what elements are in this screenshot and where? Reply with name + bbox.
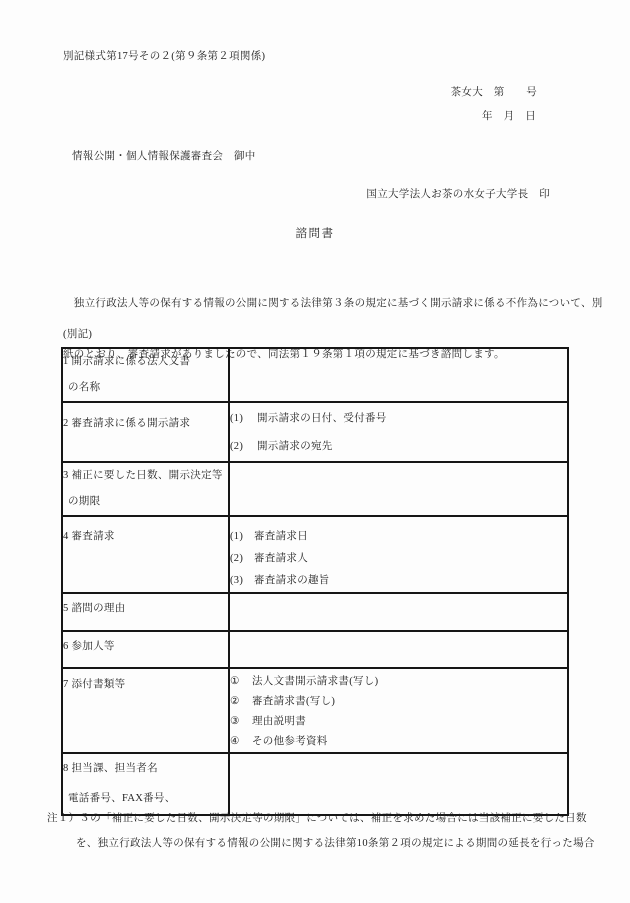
item-number: ② [230,692,252,712]
row2-label-cell: 2 審査請求に係る開示請求 [62,402,229,462]
item-number: ③ [230,712,252,732]
row5-label-line1: 5 諮問の理由 [63,596,228,622]
footnote-line-1: 注１）３の「補正に要した日数、開示決定等の期限」については、補正を求めた場合には… [47,812,587,826]
sender-line: 国立大学法人お茶の水女子大学長 印 [366,188,550,202]
item-text: 理由説明書 [252,712,306,732]
item-number: (3) [230,570,254,592]
row3-value-cell [229,462,568,516]
form-id: 別記様式第17号その２(第９条第２項関係) [63,50,265,64]
item-text: その他参考資料 [252,732,328,752]
table-row-8: 8 担当課、担当者名 電話番号、FAX番号、 [62,753,568,815]
item-number: (1) [230,405,257,433]
item-text: 審査請求の趣旨 [254,570,330,592]
item-text: 法人文書開示請求書(写し) [252,672,378,692]
row4-item-1: (1)審査請求日 [230,526,567,548]
item-number: ④ [230,732,252,752]
appendix-table: 1 開示請求に係る法人文書 の名称 2 審査請求に係る開示請求 (1)開示請求の… [61,347,569,816]
row4-label-cell: 4 審査請求 [62,516,229,593]
row7-label-cell: 7 添付書類等 [62,668,229,753]
row1-label-line2: の名称 [63,375,228,401]
row2-item-2: (2)開示請求の宛先 [230,433,567,461]
table-row-2: 2 審査請求に係る開示請求 (1)開示請求の日付、受付番号 (2)開示請求の宛先 [62,402,568,462]
row7-item-1: ①法人文書開示請求書(写し) [230,672,567,692]
item-number: (2) [230,548,254,570]
row1-value-cell [229,348,568,402]
body-line-1: 独立行政法人等の保有する情報の公開に関する法律第３条の規定に基づく開示請求に係る… [63,292,603,315]
row4-item-2: (2)審査請求人 [230,548,567,570]
item-text: 審査請求書(写し) [252,692,335,712]
item-number: (1) [230,526,254,548]
row8-label-line2: 電話番号、FAX番号、 [63,784,228,814]
row2-label-line1: 2 審査請求に係る開示請求 [63,411,228,437]
item-text: 審査請求人 [254,548,308,570]
document-title: 諮問書 [0,225,630,241]
row5-label-cell: 5 諮問の理由 [62,593,229,631]
row3-label-line1: 3 補正に要した日数、開示決定等 [63,463,228,489]
row8-label-cell: 8 担当課、担当者名 電話番号、FAX番号、 [62,753,229,815]
row8-label-line1: 8 担当課、担当者名 [63,754,228,784]
row7-item-2: ②審査請求書(写し) [230,692,567,712]
item-number: (2) [230,433,257,461]
row2-value-cell: (1)開示請求の日付、受付番号 (2)開示請求の宛先 [229,402,568,462]
footnote-line-2: を、独立行政法人等の保有する情報の公開に関する法律第10条第２項の規定による期間… [76,837,595,851]
table-row-4: 4 審査請求 (1)審査請求日 (2)審査請求人 (3)審査請求の趣旨 [62,516,568,593]
row6-label-line1: 6 参加人等 [63,634,228,660]
document-page: 別記様式第17号その２(第９条第２項関係) 茶女大 第 号 年 月 日 情報公開… [0,0,630,903]
row4-value-cell: (1)審査請求日 (2)審査請求人 (3)審査請求の趣旨 [229,516,568,593]
item-text: 開示請求の宛先 [257,433,333,461]
document-number: 茶女大 第 号 [451,86,537,100]
table-row-5: 5 諮問の理由 [62,593,568,631]
row4-item-3: (3)審査請求の趣旨 [230,570,567,592]
row6-label-cell: 6 参加人等 [62,631,229,668]
row3-label-line2: の期限 [63,489,228,515]
row7-item-3: ③理由説明書 [230,712,567,732]
row1-label-cell: 1 開示請求に係る法人文書 の名称 [62,348,229,402]
table-row-6: 6 参加人等 [62,631,568,668]
appendix-label: (別記) [63,328,92,342]
item-text: 開示請求の日付、受付番号 [257,405,387,433]
table-row-7: 7 添付書類等 ①法人文書開示請求書(写し) ②審査請求書(写し) ③理由説明書… [62,668,568,753]
row3-label-cell: 3 補正に要した日数、開示決定等 の期限 [62,462,229,516]
row4-label-line1: 4 審査請求 [63,524,228,550]
row5-value-cell [229,593,568,631]
row1-label-line1: 1 開示請求に係る法人文書 [63,349,228,375]
row8-value-cell [229,753,568,815]
row7-value-cell: ①法人文書開示請求書(写し) ②審査請求書(写し) ③理由説明書 ④その他参考資… [229,668,568,753]
row2-item-1: (1)開示請求の日付、受付番号 [230,405,567,433]
row7-label-line1: 7 添付書類等 [63,672,228,698]
item-number: ① [230,672,252,692]
row7-item-4: ④その他参考資料 [230,732,567,752]
table-row-1: 1 開示請求に係る法人文書 の名称 [62,348,568,402]
row6-value-cell [229,631,568,668]
item-text: 審査請求日 [254,526,308,548]
date-line: 年 月 日 [482,110,536,124]
table-row-3: 3 補正に要した日数、開示決定等 の期限 [62,462,568,516]
addressee-line: 情報公開・個人情報保護審査会 御中 [72,150,256,164]
